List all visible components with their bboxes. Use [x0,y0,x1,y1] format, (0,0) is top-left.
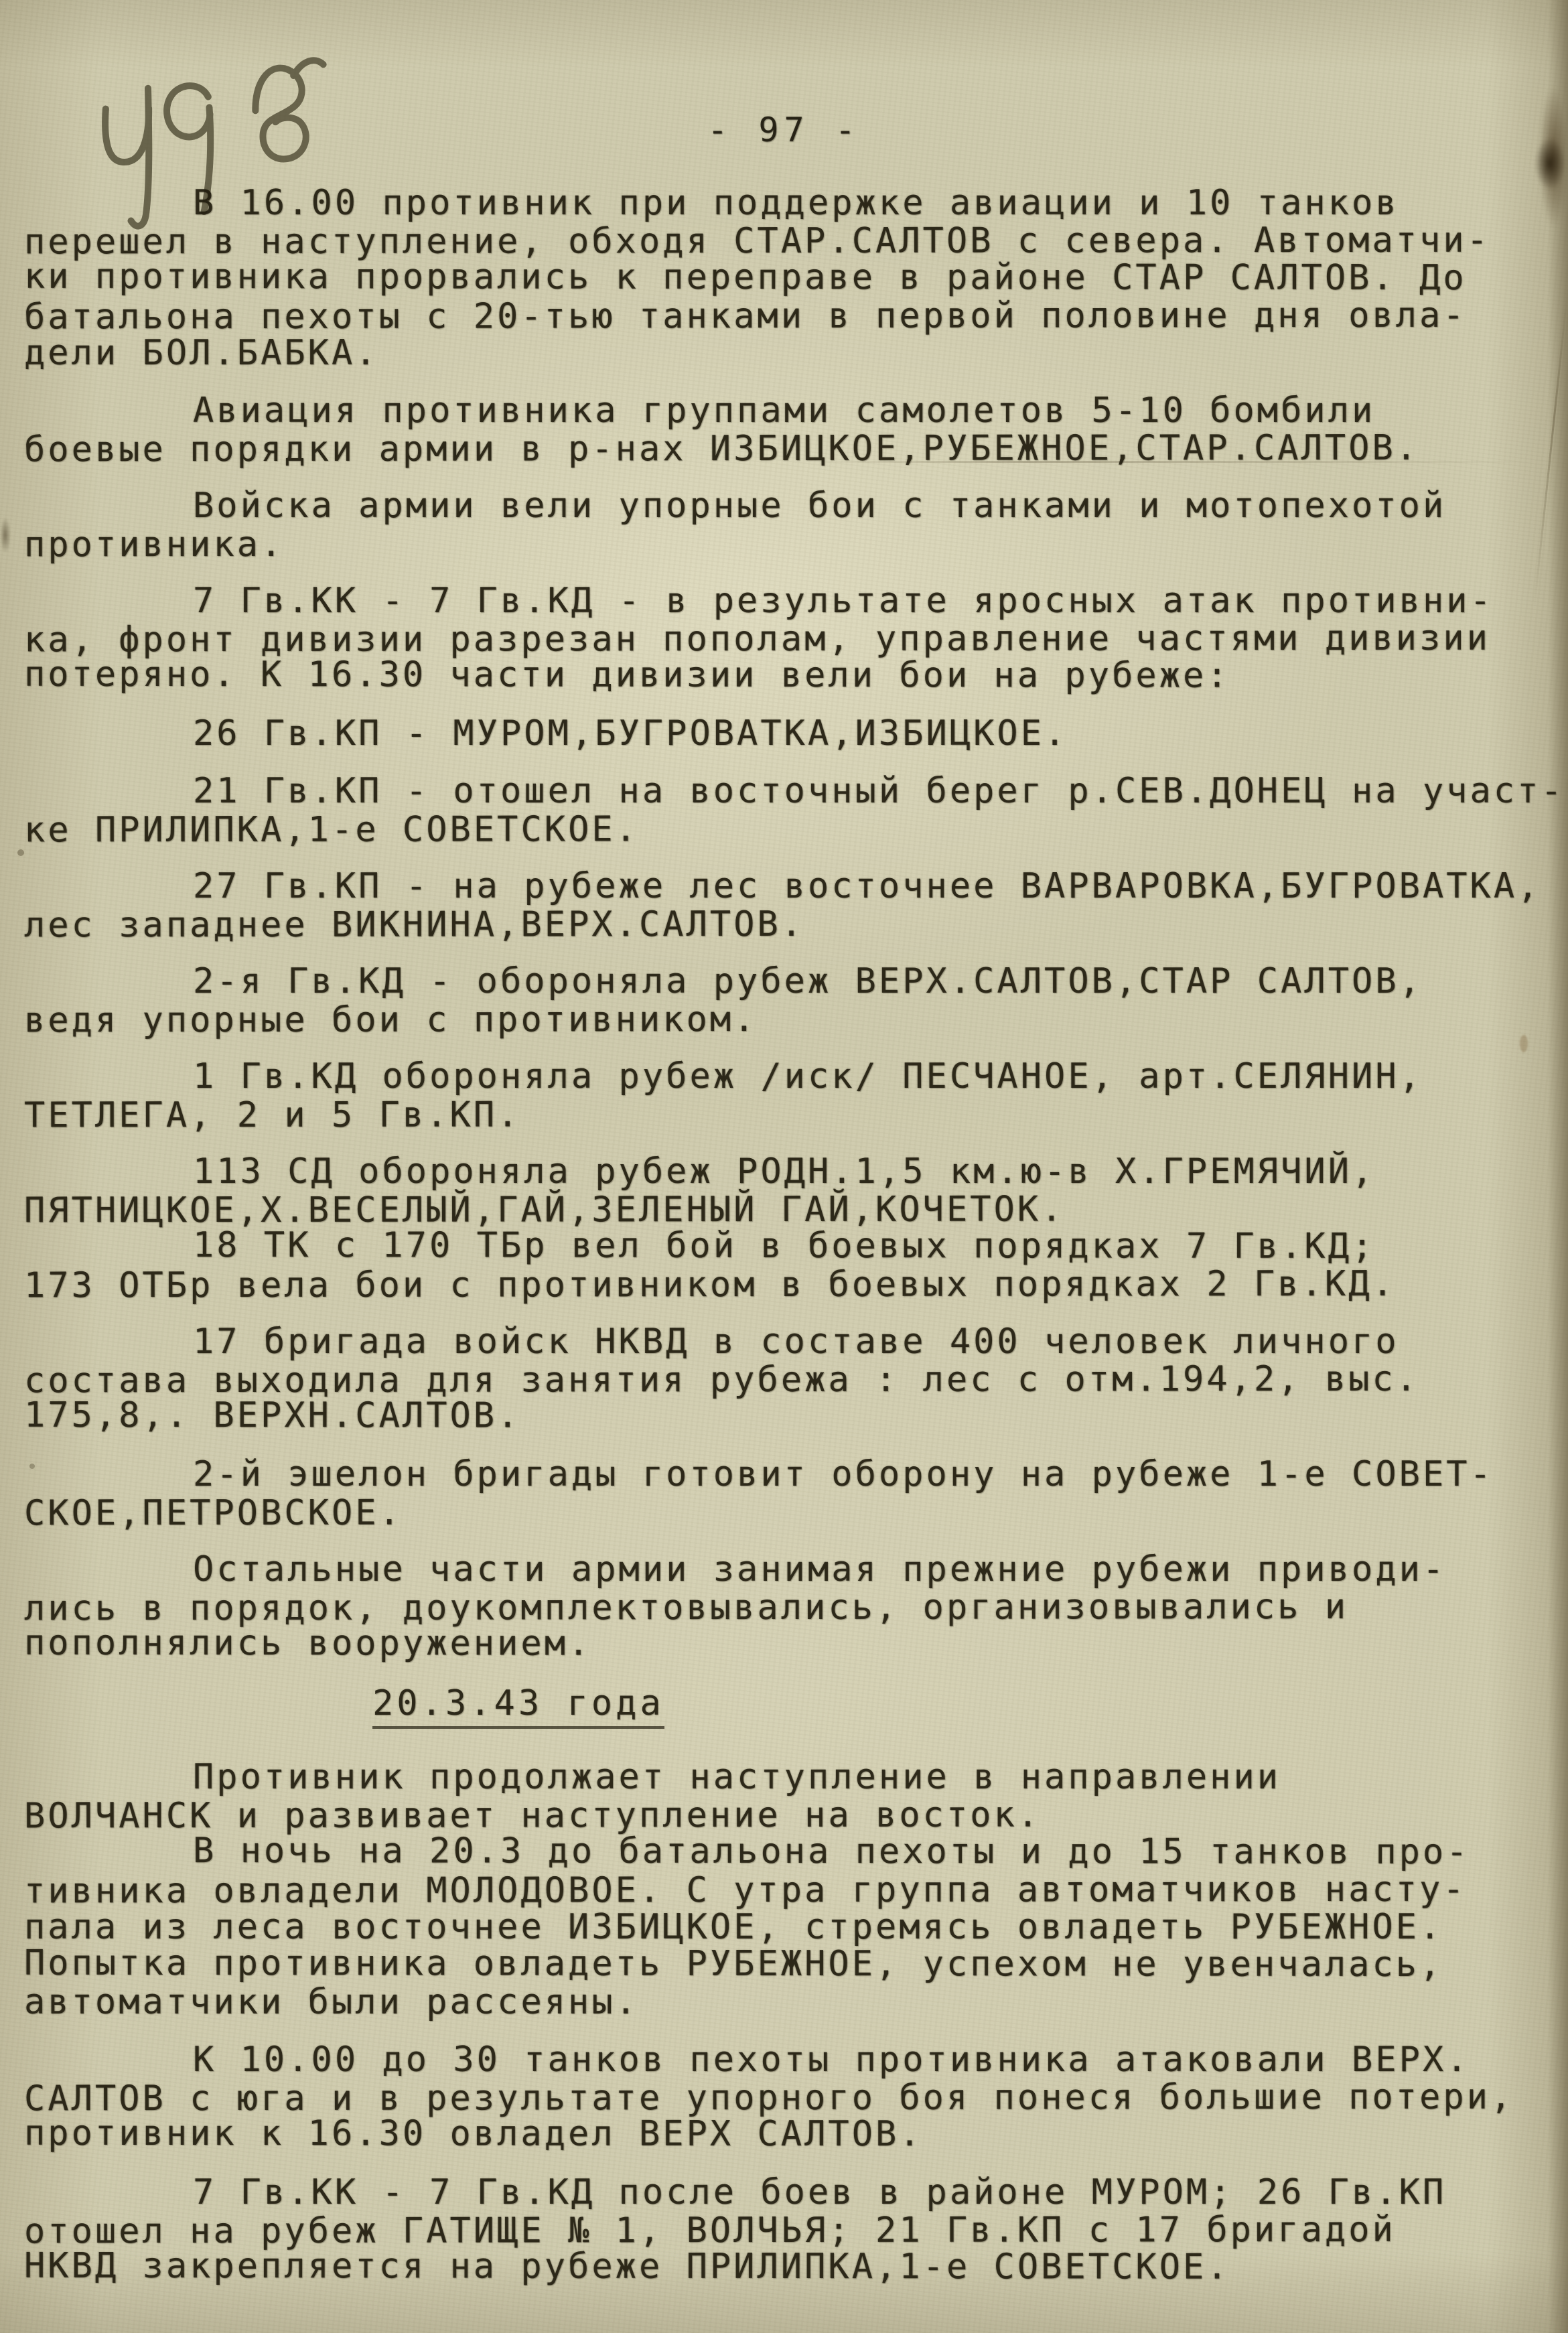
paper-speck [17,849,24,856]
text-line: В 16.00 противник при поддержке авиации … [24,184,1552,222]
text-line: ке ПРИЛИПКА,1-е СОВЕТСКОЕ. [24,810,1552,849]
text-line: 2-я Гв.КД - обороняла рубеж ВЕРХ.САЛТОВ,… [24,963,1552,1000]
text-line: пополнялись вооружением. [24,1624,1552,1663]
text-line: 173 ОТБр вела бои с противником в боевых… [24,1265,1552,1305]
text-line: лес западнее ВИКНИНА,ВЕРХ.САЛТОВ. [24,905,1552,944]
text-line: 1 Гв.КД обороняла рубеж /иск/ ПЕСЧАНОЕ, … [24,1058,1552,1095]
paragraph: 7 Гв.КК - 7 Гв.КД - в результате яросных… [24,582,1552,695]
document-body: В 16.00 противник при поддержке авиации … [24,184,1552,2306]
text-line: ки противника прорвались к переправе в р… [24,258,1552,297]
text-line: ВОЛЧАНСК и развивает наступление на вост… [24,1796,1552,1835]
text-line: автоматчики были рассеяны. [24,1983,1552,2021]
text-line: СКОЕ,ПЕТРОВСКОЕ. [24,1493,1552,1533]
text-line: В ночь на 20.3 до батальона пехоты и до … [24,1832,1552,1871]
text-line: ТЕТЛЕГА, 2 и 5 Гв.КП. [24,1095,1552,1135]
paragraph: Войска армии вели упорные бои с танками … [24,487,1552,562]
paragraph: 2-й эшелон бригады готовит оборону на ру… [24,1456,1552,1531]
text-line: Остальные части армии занимая прежние ру… [24,1551,1552,1588]
text-line: 17 бригада войск НКВД в составе 400 чело… [24,1323,1552,1360]
text-line: батальона пехоты с 20-тью танками в перв… [24,297,1552,336]
date-heading: 20.3.43 года [372,1683,664,1729]
text-line: пала из леса восточнее ИЗБИЦКОЕ, стремяс… [24,1908,1552,1946]
paragraph: 113 СД обороняла рубеж РОДН.1,5 км.ю-в Х… [24,1153,1552,1303]
paragraph: К 10.00 до 30 танков пехоты противника а… [24,2041,1552,2153]
text-line: 175,8,. ВЕРХН.САЛТОВ. [24,1397,1552,1435]
paragraph: 27 Гв.КП - на рубеже лес восточнее ВАРВА… [24,867,1552,942]
paragraph: 17 бригада войск НКВД в составе 400 чело… [24,1323,1552,1435]
paragraph: 2-я Гв.КД - обороняла рубеж ВЕРХ.САЛТОВ,… [24,963,1552,1038]
text-line: противника. [24,524,1552,564]
paragraph: 21 Гв.КП - отошел на восточный берег р.С… [24,772,1552,847]
paragraph: Остальные части армии занимая прежние ру… [24,1551,1552,1663]
text-line: 26 Гв.КП - МУРОМ,БУГРОВАТКА,ИЗБИЦКОЕ. [24,715,1552,752]
text-line: Авиация противника группами самолетов 5-… [24,392,1552,429]
text-line: 2-й эшелон бригады готовит оборону на ру… [24,1456,1552,1493]
text-line: 7 Гв.КК - 7 Гв.КД после боев в районе МУ… [24,2174,1552,2211]
paragraph: 26 Гв.КП - МУРОМ,БУГРОВАТКА,ИЗБИЦКОЕ. [24,715,1552,752]
text-line: 113 СД обороняла рубеж РОДН.1,5 км.ю-в Х… [24,1153,1552,1190]
text-line: К 10.00 до 30 танков пехоты противника а… [24,2041,1552,2078]
page-number: - 97 - [0,111,1568,149]
text-line: 21 Гв.КП - отошел на восточный берег р.С… [24,772,1552,810]
text-line: тивника овладели МОЛОДОВОЕ. С утра групп… [24,1871,1552,1910]
text-line: лись в порядок, доукомплектовывались, ор… [24,1588,1552,1628]
paragraph: 1 Гв.КД обороняла рубеж /иск/ ПЕСЧАНОЕ, … [24,1058,1552,1133]
text-line: дели БОЛ.БАБКА. [24,334,1552,372]
text-line: ведя упорные бои с противником. [24,1000,1552,1040]
text-line: боевые порядки армии в р-нах ИЗБИЦКОЕ,РУ… [24,429,1552,469]
text-line: перешел в наступление, обходя СТАР.САЛТО… [24,222,1552,261]
text-line: Противник продолжает наступление в напра… [24,1758,1552,1796]
scanned-document-page: - 97 - В 16.00 противник при поддержке а… [0,0,1568,2333]
text-line: Попытка противника овладеть РУБЕЖНОЕ, ус… [24,1945,1552,1983]
text-line: противник к 16.30 овладел ВЕРХ САЛТОВ. [24,2115,1552,2153]
text-line: 27 Гв.КП - на рубеже лес восточнее ВАРВА… [24,867,1552,905]
text-line: отошел на рубеж ГАТИЩЕ № 1, ВОЛЧЬЯ; 21 Г… [24,2211,1552,2251]
paper-speck [0,517,11,553]
text-line: 18 ТК с 170 ТБр вел бой в боевых порядка… [24,1226,1552,1265]
text-line: САЛТОВ с юга и в результате упорного боя… [24,2078,1552,2118]
text-line: 7 Гв.КК - 7 Гв.КД - в результате яросных… [24,582,1552,620]
paragraph: Авиация противника группами самолетов 5-… [24,392,1552,467]
text-line: ПЯТНИЦКОЕ,Х.ВЕСЕЛЫЙ,ГАЙ,ЗЕЛЕНЫЙ ГАЙ,КОЧЕ… [24,1190,1552,1230]
text-line: ка, фронт дивизии разрезан пополам, упра… [24,620,1552,659]
text-line: Войска армии вели упорные бои с танками … [24,487,1552,524]
paragraph: Противник продолжает наступление в напра… [24,1758,1552,2021]
text-line: потеряно. К 16.30 части дивизии вели бои… [24,656,1552,695]
text-line: НКВД закрепляется на рубеже ПРИЛИПКА,1-е… [24,2247,1552,2286]
text-line: состава выходила для занятия рубежа : ле… [24,1360,1552,1400]
paragraph: 7 Гв.КК - 7 Гв.КД после боев в районе МУ… [24,2174,1552,2286]
paragraph: В 16.00 противник при поддержке авиации … [24,184,1552,372]
